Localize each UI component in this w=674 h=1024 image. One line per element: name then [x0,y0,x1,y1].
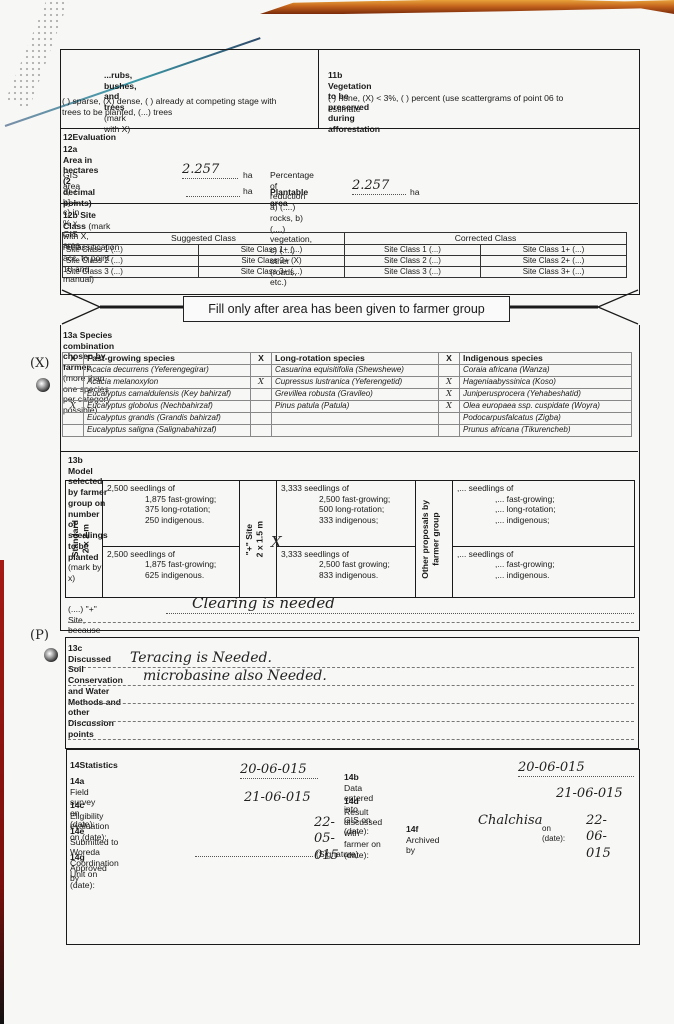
table-row: Site Class 3 (...) Site Class 3+ (...) S… [63,266,627,277]
table-row: Eucalyptus grandis (Grandis bahirzaf) Po… [63,412,632,424]
table-row: Site Class 1 (...) Site Class 1+ (...) S… [63,244,627,255]
gis-area-field[interactable]: 2.257 [182,162,240,179]
result-discussed-date[interactable]: 21-06-015 [556,786,636,802]
discussion-line [68,704,634,722]
species-checkbox[interactable] [63,364,84,376]
approved-by-label: 14g Approved by [70,852,107,884]
site-class-option[interactable]: Site Class 1+ (...) [199,244,345,255]
species-name: Cupressus lustranica (Yeferengetid) [272,376,439,388]
discussion-line [68,722,634,740]
species-name: Pinus patula (Patula) [272,400,439,412]
species-checkbox[interactable] [63,412,84,424]
site-class-option[interactable]: Site Class 1 (...) [63,244,199,255]
site-class-option[interactable]: Site Class 2+ (...) [481,255,627,266]
species-checkbox[interactable]: X [251,376,272,388]
species-name: Eucalyptus saligna (Salignabahirzaf) [84,424,251,436]
species-name: Acacia decurrens (Yeferengegirar) [84,364,251,376]
torn-paper-edge [260,0,674,14]
table-row: Eucalyptus saligna (Salignabahirzaf) Pru… [63,424,632,436]
plantable-area-label: Plantable area [270,187,308,208]
indigenous-header: Indigenous species [460,353,632,365]
species-checkbox[interactable] [251,400,272,412]
standard-model-option-b[interactable]: 2,500 seedlings of 1,875 fast-growing; 6… [103,546,240,597]
punch-hole [44,648,58,662]
plus-site-model-option-a[interactable]: 3,333 seedlings of 2,500 fast-growing; 5… [277,481,416,547]
archived-on-label: on (date): [542,824,565,844]
fast-growing-header: Fast-growing species [84,353,251,365]
discussion-line [68,686,634,704]
species-name: Acacia melanoxylon [84,376,251,388]
unit-label: ha [243,186,253,197]
plus-site-reason-label: (....) "+" Site, because [68,604,100,636]
species-table: X Fast-growing species X Long-rotation s… [62,352,632,437]
site-class-option[interactable]: Site Class 1 (...) [344,244,480,255]
corrected-class-header: Corrected Class [344,233,626,245]
species-name [272,412,439,424]
archived-by-name[interactable]: Chalchisa [478,813,542,829]
plus-site-model-option-b[interactable]: X 3,333 seedlings of 2,500 fast growing;… [277,546,416,597]
species-name: Eucalyptus camaldulensis (Key bahirzaf) [84,388,251,400]
section-12-title: 12Evaluation [63,132,116,143]
plantable-area-field[interactable]: 2.257 [352,178,406,195]
approved-by-signature-field[interactable] [195,856,313,857]
species-name: Eucalyptus globolus (Nechbahirzaf) [84,400,251,412]
site-class-option[interactable]: Site Class 3+ (...) [481,266,627,277]
discussion-line: Teracing is Needed. [130,650,272,666]
site-class-option[interactable]: Site Class 3 (...) [344,266,480,277]
species-name: Olea europaea ssp. cuspidate (Woyra) [460,400,632,412]
species-name: Hageniaabyssinica (Koso) [460,376,632,388]
other-proposal-option-b[interactable]: ,... seedlings of ,... fast-growing; ,..… [453,546,635,597]
species-checkbox[interactable] [251,364,272,376]
species-checkbox[interactable] [439,424,460,436]
table-row: Acacia decurrens (Yeferengegirar) Casuar… [63,364,632,376]
blank-line [68,622,634,623]
species-name: Eucalyptus grandis (Grandis bahirzaf) [84,412,251,424]
selection-mark: X [271,533,282,552]
archived-date[interactable]: 22-06-015 [586,813,611,862]
species-checkbox[interactable]: X [439,400,460,412]
species-checkbox[interactable]: X [439,388,460,400]
other-proposal-option-a[interactable]: ,... seedlings of ,... fast-growing; ,..… [453,481,635,547]
species-checkbox[interactable] [251,412,272,424]
suggested-class-header: Suggested Class [63,233,345,245]
site-class-option[interactable]: Site Class 3 (...) [63,266,199,277]
unit-label: ha [410,187,420,198]
seedling-model-table: Standard2 x 2 m 2,500 seedlings of 1,875… [65,480,635,598]
site-class-option[interactable]: Site Class 3+ (...) [199,266,345,277]
discussion-notes-area[interactable]: Teracing is Needed. microbasine also Nee… [68,650,634,740]
section-11a-options: ( ) sparse, (X) dense, ( ) already at co… [62,96,314,117]
divider [318,49,319,129]
species-name: Podocarpusfalcatus (Zigba) [460,412,632,424]
species-checkbox[interactable] [439,364,460,376]
species-name: Coraia africana (Wanza) [460,364,632,376]
site-class-table: Suggested Class Corrected Class Site Cla… [62,232,627,278]
divider [60,203,638,204]
archived-by-label: 14f Archived by [406,824,439,856]
table-row: X Eucalyptus globolus (Nechbahirzaf) Pin… [63,400,632,412]
section-11b-options: ( ) none, (X) < 3%, ( ) percent (use sca… [328,93,628,114]
margin-annotation: (P) [30,628,49,643]
table-row: Eucalyptus camaldulensis (Key bahirzaf) … [63,388,632,400]
species-name: Juniperusprocera (Yehabeshatid) [460,388,632,400]
plus-site-reason-field[interactable]: Clearing is needed [166,594,634,614]
species-checkbox[interactable] [63,424,84,436]
site-class-option[interactable]: Site Class 2 (...) [63,255,199,266]
reduction-field[interactable] [186,186,240,197]
species-checkbox[interactable]: X [439,376,460,388]
gis-entry-date[interactable]: 20-06-015 [518,760,634,777]
species-name: Grevillea robusta (Gravileo) [272,388,439,400]
long-rotation-header: Long-rotation species [272,353,439,365]
x-column-header: X [63,353,84,365]
fill-after-banner: Fill only after area has been given to f… [183,296,510,322]
section-14-title: 14Statistics [70,760,118,771]
divider [60,451,638,452]
site-class-option[interactable]: Site Class 1+ (...) [481,244,627,255]
punch-hole [36,378,50,392]
table-row: Site Class 2 (...) Site Class 2+ (X) Sit… [63,255,627,266]
species-checkbox[interactable] [63,388,84,400]
species-checkbox[interactable] [251,424,272,436]
species-name: Prunus africana (Tikurencheb) [460,424,632,436]
signature-label: (Signature) [316,849,359,860]
scan-edge-strip [0,560,4,1024]
x-column-header: X [251,353,272,365]
x-column-header: X [439,353,460,365]
species-checkbox[interactable]: X [63,400,84,412]
species-checkbox[interactable] [63,376,84,388]
site-class-option-selected[interactable]: Site Class 2+ (X) [199,255,345,266]
species-name [272,424,439,436]
species-checkbox[interactable] [251,388,272,400]
eligibility-date[interactable]: 21-06-015 [244,790,320,806]
discussion-line: microbasine also Needed. [143,668,327,684]
field-survey-date[interactable]: 20-06-015 [240,762,318,779]
species-name: Casuarina equisitifolia (Shewshewe) [272,364,439,376]
species-checkbox[interactable] [439,412,460,424]
unit-label: ha [243,170,253,181]
table-row: Acacia melanoxylon X Cupressus lustranic… [63,376,632,388]
other-proposals-label: Other proposals byfarmer group [416,481,453,598]
site-class-option[interactable]: Site Class 2 (...) [344,255,480,266]
margin-annotation: (X) [30,356,49,371]
standard-model-label: Standard2 x 2 m [66,481,103,598]
standard-model-option-a[interactable]: 2,500 seedlings of 1,875 fast-growing; 3… [103,481,240,547]
